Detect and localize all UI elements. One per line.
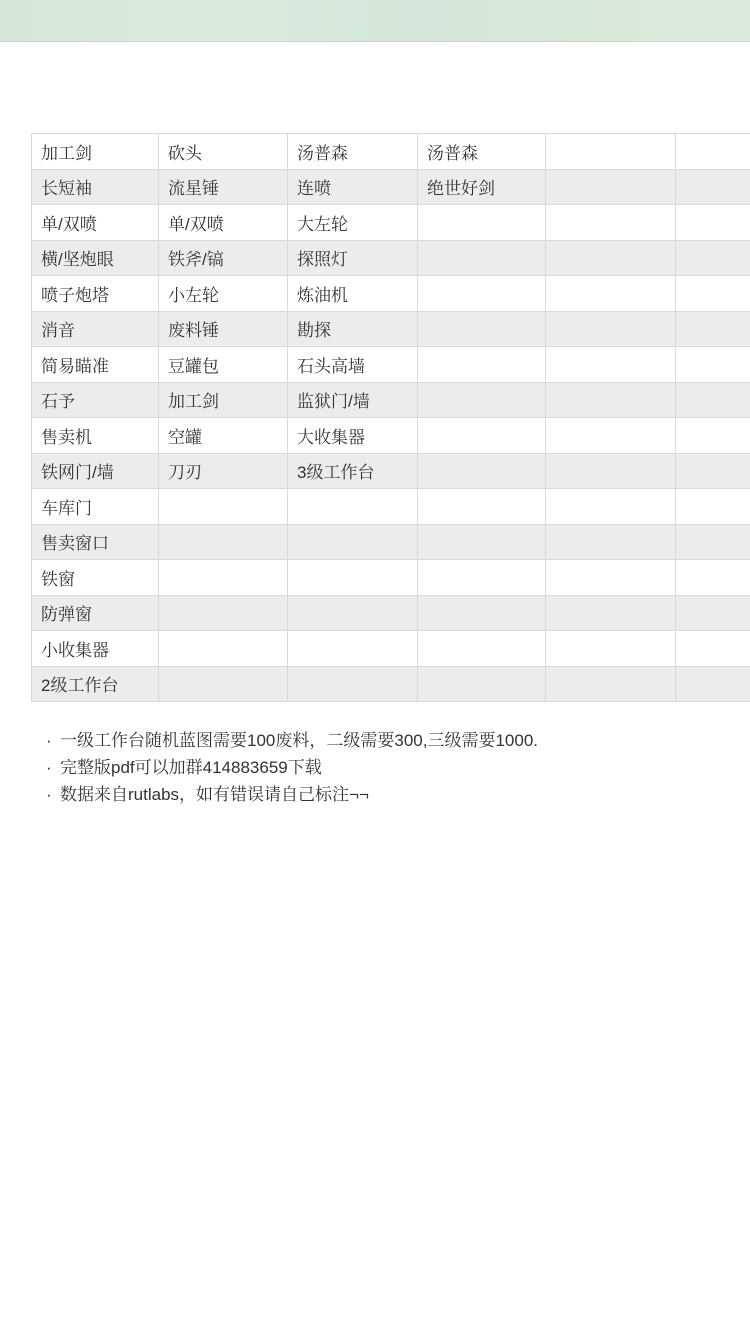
table-cell: 流星锤 [159, 169, 288, 205]
page: { "top_bar": { "background": "#d6e8db" }… [0, 0, 750, 1334]
table-cell: 石予 [32, 382, 159, 418]
table-cell [418, 631, 546, 667]
table-cell [418, 311, 546, 347]
table-cell [546, 240, 676, 276]
table-cell [546, 595, 676, 631]
table-row: 横/坚炮眼铁斧/镐探照灯 [32, 240, 750, 276]
table-cell: 铁网门/墙 [32, 453, 159, 489]
table-cell [288, 560, 418, 596]
table-cell [288, 524, 418, 560]
table-cell: 绝世好剑 [418, 169, 546, 205]
table-cell: 空罐 [159, 418, 288, 454]
table-cell [288, 666, 418, 702]
table-cell: 加工剑 [159, 382, 288, 418]
table-cell: 废料锤 [159, 311, 288, 347]
table-cell [676, 524, 750, 560]
table-cell [288, 595, 418, 631]
table-cell [159, 560, 288, 596]
table-cell [676, 205, 750, 241]
table-cell [546, 382, 676, 418]
table-cell: 铁窗 [32, 560, 159, 596]
table-cell [418, 560, 546, 596]
table-cell [676, 418, 750, 454]
table-cell: 砍头 [159, 134, 288, 170]
table-cell: 售卖机 [32, 418, 159, 454]
table-cell [676, 382, 750, 418]
table-cell: 探照灯 [288, 240, 418, 276]
table-cell: 大收集器 [288, 418, 418, 454]
table-cell: 监狱门/墙 [288, 382, 418, 418]
table-cell: 刀刃 [159, 453, 288, 489]
table-cell [159, 489, 288, 525]
table-cell [288, 489, 418, 525]
table-cell: 石头高墙 [288, 347, 418, 383]
table-cell [418, 382, 546, 418]
top-bar [0, 0, 750, 42]
table-cell: 加工剑 [32, 134, 159, 170]
table-row: 铁窗 [32, 560, 750, 596]
table-cell [546, 276, 676, 312]
table-cell [159, 666, 288, 702]
table-row: 小收集器 [32, 631, 750, 667]
table-cell: 简易瞄准 [32, 347, 159, 383]
table-row: 石予加工剑监狱门/墙 [32, 382, 750, 418]
table-cell [159, 524, 288, 560]
table-cell: 汤普森 [288, 134, 418, 170]
table-cell: 勘探 [288, 311, 418, 347]
table-cell: 消音 [32, 311, 159, 347]
table-cell [546, 666, 676, 702]
table-cell [418, 418, 546, 454]
table-row: 单/双喷单/双喷大左轮 [32, 205, 750, 241]
table-cell [676, 134, 750, 170]
table-cell: 铁斧/镐 [159, 240, 288, 276]
bullet-icon: · [46, 781, 60, 808]
table-row: 铁网门/墙刀刃3级工作台 [32, 453, 750, 489]
table-cell [676, 276, 750, 312]
table-cell [159, 631, 288, 667]
table-cell: 连喷 [288, 169, 418, 205]
table-row: 售卖机空罐大收集器 [32, 418, 750, 454]
table-cell [546, 631, 676, 667]
table-row: 售卖窗口 [32, 524, 750, 560]
table-cell [676, 595, 750, 631]
table-cell [546, 489, 676, 525]
table-cell: 炼油机 [288, 276, 418, 312]
note-item: · 一级工作台随机蓝图需要100废料，二级需要300,三级需要1000. [46, 727, 706, 754]
table-cell: 单/双喷 [32, 205, 159, 241]
table-cell: 横/坚炮眼 [32, 240, 159, 276]
table-cell [546, 134, 676, 170]
table-cell [676, 453, 750, 489]
table-cell [676, 169, 750, 205]
table-cell [418, 276, 546, 312]
table-row: 2级工作台 [32, 666, 750, 702]
table-cell: 豆罐包 [159, 347, 288, 383]
table-cell: 2级工作台 [32, 666, 159, 702]
note-text: 一级工作台随机蓝图需要100废料，二级需要300,三级需要1000. [60, 727, 538, 754]
table-cell: 长短袖 [32, 169, 159, 205]
table-row: 防弹窗 [32, 595, 750, 631]
table-cell [676, 560, 750, 596]
table-cell [676, 240, 750, 276]
blueprint-table-wrap: 加工剑砍头汤普森汤普森长短袖流星锤连喷绝世好剑单/双喷单/双喷大左轮横/坚炮眼铁… [31, 133, 750, 702]
table-cell [418, 205, 546, 241]
bullet-icon: · [46, 754, 60, 781]
table-cell [546, 524, 676, 560]
table-row: 喷子炮塔小左轮炼油机 [32, 276, 750, 312]
note-item: · 数据来自rutlabs，如有错误请自己标注¬¬ [46, 781, 706, 808]
table-cell [546, 311, 676, 347]
table-cell: 小收集器 [32, 631, 159, 667]
table-cell: 汤普森 [418, 134, 546, 170]
table-cell [546, 453, 676, 489]
table-cell [418, 489, 546, 525]
note-item: · 完整版pdf可以加群414883659下载 [46, 754, 706, 781]
table-body: 加工剑砍头汤普森汤普森长短袖流星锤连喷绝世好剑单/双喷单/双喷大左轮横/坚炮眼铁… [32, 134, 750, 702]
table-cell [676, 489, 750, 525]
table-cell: 大左轮 [288, 205, 418, 241]
table-row: 加工剑砍头汤普森汤普森 [32, 134, 750, 170]
table-row: 车库门 [32, 489, 750, 525]
table-cell [418, 524, 546, 560]
table-cell [418, 240, 546, 276]
table-cell: 防弹窗 [32, 595, 159, 631]
table-cell: 小左轮 [159, 276, 288, 312]
table-cell [546, 560, 676, 596]
table-cell: 3级工作台 [288, 453, 418, 489]
table-cell: 单/双喷 [159, 205, 288, 241]
table-cell [546, 169, 676, 205]
table-cell [418, 595, 546, 631]
note-text: 完整版pdf可以加群414883659下载 [60, 754, 322, 781]
table-cell [546, 347, 676, 383]
notes-list: · 一级工作台随机蓝图需要100废料，二级需要300,三级需要1000. · 完… [46, 727, 706, 808]
bullet-icon: · [46, 727, 60, 754]
table-cell: 喷子炮塔 [32, 276, 159, 312]
table-cell [159, 595, 288, 631]
table-cell [546, 418, 676, 454]
table-cell [418, 666, 546, 702]
table-cell [676, 666, 750, 702]
table-cell: 售卖窗口 [32, 524, 159, 560]
table-cell [418, 453, 546, 489]
table-cell: 车库门 [32, 489, 159, 525]
note-text: 数据来自rutlabs，如有错误请自己标注¬¬ [60, 781, 369, 808]
table-row: 消音废料锤勘探 [32, 311, 750, 347]
table-cell [676, 347, 750, 383]
table-row: 简易瞄准豆罐包石头高墙 [32, 347, 750, 383]
table-cell [546, 205, 676, 241]
table-cell [676, 311, 750, 347]
table-cell [418, 347, 546, 383]
table-row: 长短袖流星锤连喷绝世好剑 [32, 169, 750, 205]
table-cell [288, 631, 418, 667]
table-cell [676, 631, 750, 667]
blueprint-table: 加工剑砍头汤普森汤普森长短袖流星锤连喷绝世好剑单/双喷单/双喷大左轮横/坚炮眼铁… [31, 133, 750, 702]
